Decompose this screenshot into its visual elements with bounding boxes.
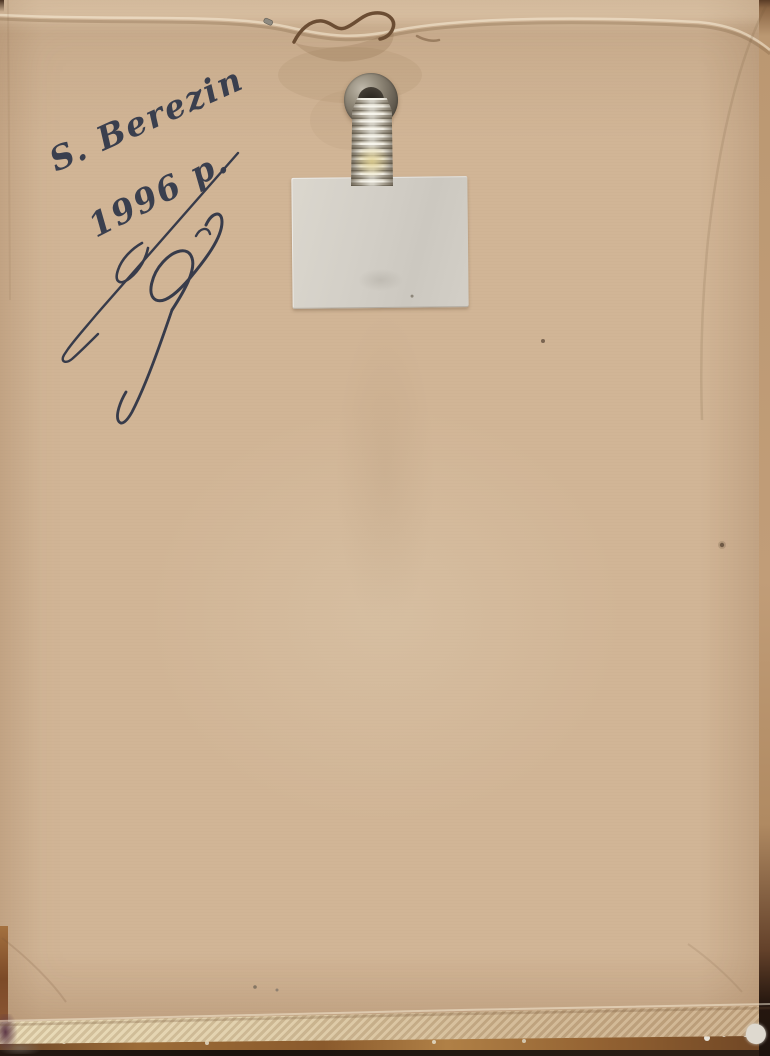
label-smudge	[350, 265, 410, 296]
hanger-coil-hook	[351, 98, 393, 186]
label-speck	[411, 295, 414, 298]
inscription: S. Berezin 1996 p.	[0, 0, 340, 470]
hanger-coil-shading	[351, 98, 393, 186]
framed-artwork-back-photo: S. Berezin 1996 p.	[0, 0, 770, 1056]
